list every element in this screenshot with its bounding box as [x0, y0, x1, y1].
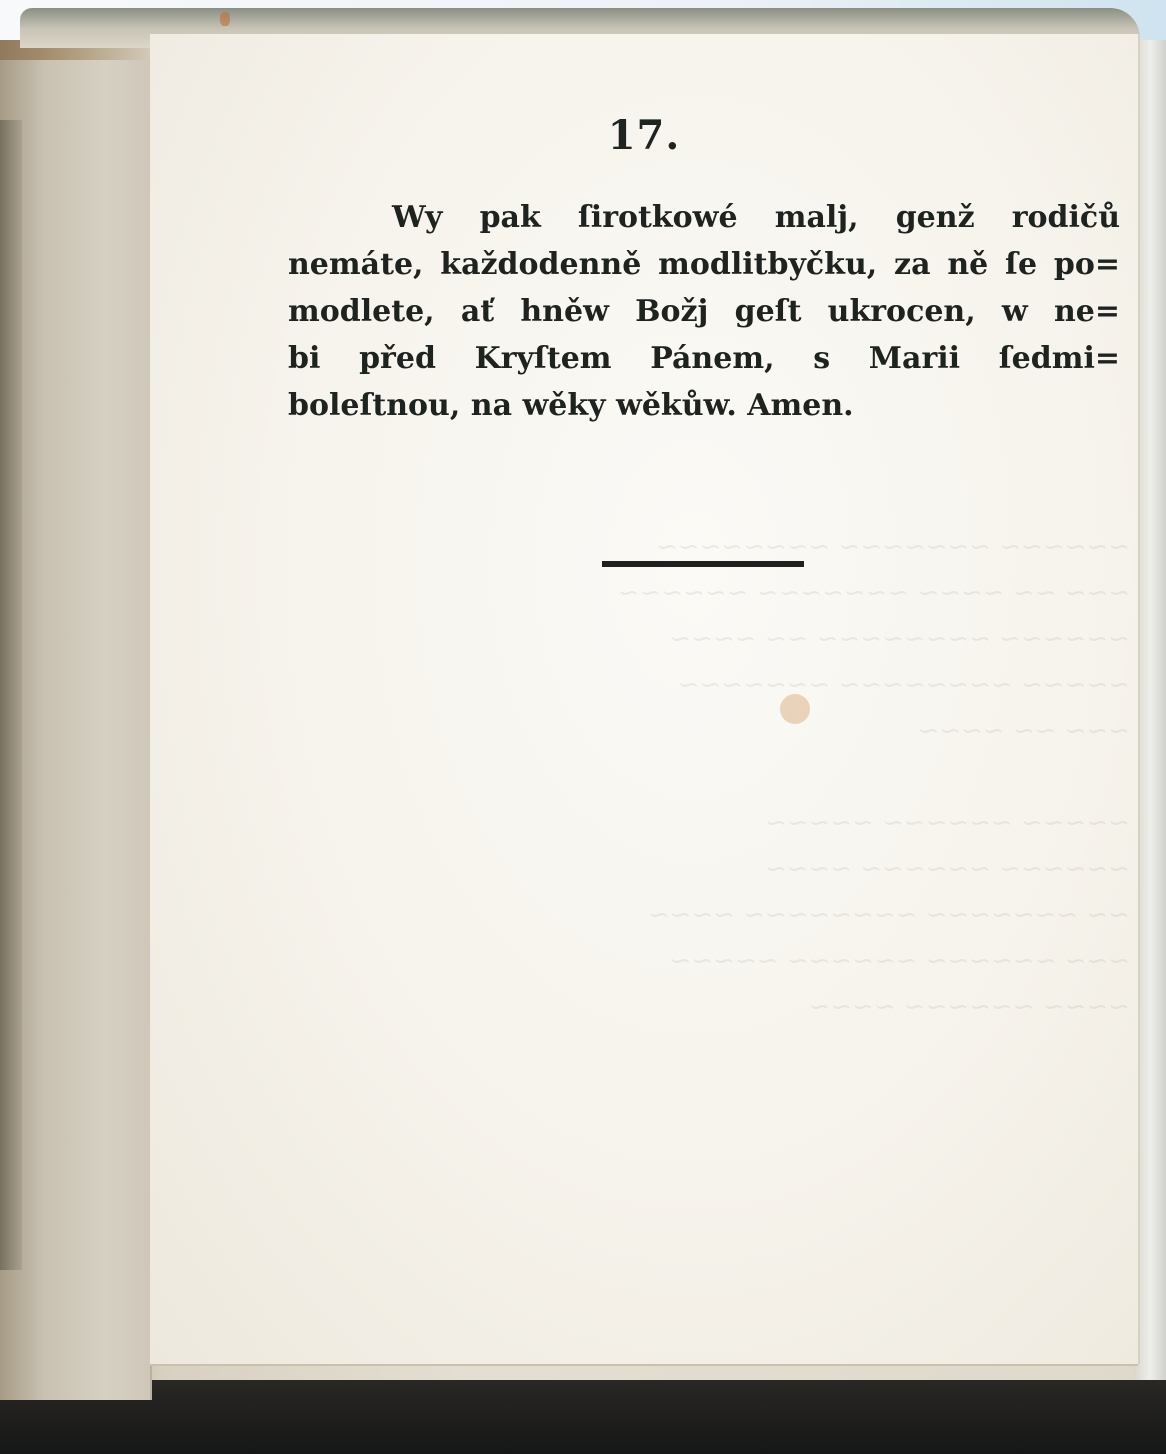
separator-rule [602, 561, 804, 567]
show-through-text: ~~~~~~ ~~~~~~~ ~~~~~~~~~~~ ~~ ~~~~ ~~~~~… [450, 524, 1130, 1124]
page-number: 17. [150, 112, 1138, 159]
right-page-edges [1134, 40, 1166, 1380]
text-line: bi před Kryſtem Pánem, s Marii ſedmi= [288, 335, 1120, 382]
text-line: nemáte, každodenně modlitbyčku, za ně ſe… [288, 241, 1120, 288]
stain-spot [780, 694, 810, 724]
background-bottom [0, 1380, 1166, 1454]
rust-stain [220, 12, 230, 26]
book-page: ~~~~~~ ~~~~~~~ ~~~~~~~~~~~ ~~ ~~~~ ~~~~~… [150, 34, 1138, 1364]
left-page-edges [0, 60, 152, 1400]
text-line: Wy pak ſirotkowé malj, genž rodičů [288, 194, 1120, 241]
binding-strip [0, 120, 22, 1270]
text-line: modlete, ať hněw Božj geſt ukrocen, w ne… [288, 288, 1120, 335]
text-line: boleſtnou, na wěky wěkůw. Amen. [288, 382, 1120, 429]
prayer-paragraph: Wy pak ſirotkowé malj, genž rodičů nemát… [288, 194, 1120, 429]
